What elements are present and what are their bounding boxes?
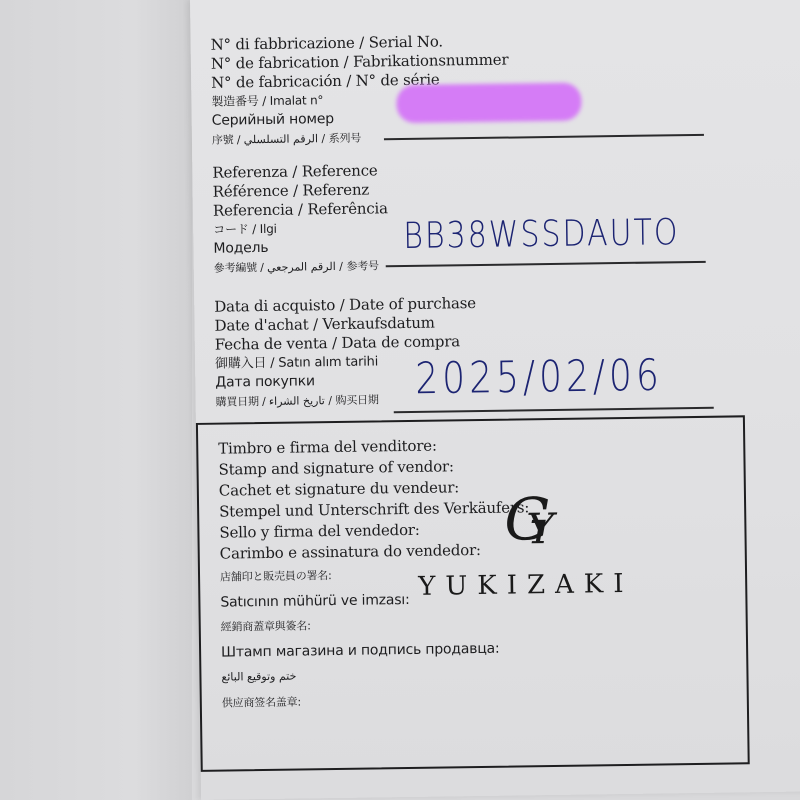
stamp-label-zh-cn: 供应商签名盖章: xyxy=(222,686,532,716)
stamp-label-ru: Штамп магазина и подпись продавца: xyxy=(221,636,531,664)
purchase-date-handwritten-value: 2025/02/06 xyxy=(415,351,663,404)
reference-field-line xyxy=(386,261,706,267)
date-label-it-en: Data di acquisto / Date of purchase xyxy=(214,294,476,317)
vendor-stamp-box: Timbro e firma del venditore: Stamp and … xyxy=(196,415,750,772)
reference-label-zh-ar: 參考編號 / الرقم المرجعي / 参考号 xyxy=(214,256,389,277)
reference-label-it-en: Referenza / Reference xyxy=(212,161,387,182)
serial-number-redaction xyxy=(396,83,582,124)
reference-label-es-pt: Referencia / Referência xyxy=(213,199,388,220)
vendor-brand-stamp: YUKIZAKI xyxy=(418,569,634,602)
reference-labels: Referenza / Reference Référence / Refere… xyxy=(212,161,388,277)
reference-label-ru: Модель xyxy=(213,237,388,258)
left-page-gutter xyxy=(0,0,192,800)
yukizaki-monogram-icon: G Y xyxy=(504,490,551,549)
date-label-es-pt: Fecha de venta / Data de compra xyxy=(215,332,477,355)
warranty-card-page: N° di fabbricazione / Serial No. N° de f… xyxy=(190,0,800,800)
monogram-y: Y xyxy=(526,500,555,558)
reference-label-ja-tr: コード / Ilgi xyxy=(213,218,388,239)
reference-handwritten-value: BB38WSSDAUTO xyxy=(403,212,680,258)
reference-label-fr-de: Référence / Referenz xyxy=(213,180,388,201)
stamp-label-de: Stempel und Unterschrift des Verkäufers: xyxy=(219,497,529,522)
